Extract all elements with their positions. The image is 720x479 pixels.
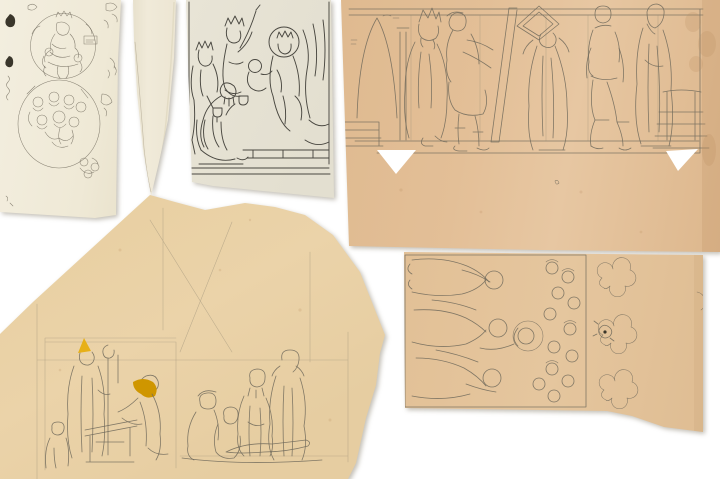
speckle xyxy=(461,419,464,422)
walking-man-figure xyxy=(587,6,632,150)
adoration-magi-drawing xyxy=(183,0,336,202)
crowd-trefoil-fragment xyxy=(402,250,705,434)
architecture-lines xyxy=(345,9,709,153)
two-scene-drawing xyxy=(0,190,390,479)
roundel-sketch-fragment-wrap xyxy=(0,0,125,218)
roundel-sketch-fragment xyxy=(0,0,125,218)
two-scene-torn-fragment xyxy=(0,190,390,479)
crowd-trefoil-drawing xyxy=(402,250,705,434)
beam-carrier-figure xyxy=(447,8,518,151)
pencil-scribbles xyxy=(351,15,559,184)
presentation-scene xyxy=(45,338,176,470)
figures-architecture-drawing xyxy=(341,0,720,253)
crowd-trefoil-fragment-wrap xyxy=(402,250,705,434)
torn-strip-shading xyxy=(130,0,180,200)
adoration-magi-fragment xyxy=(183,0,336,202)
foliage-doodles xyxy=(28,3,117,116)
virgin-and-child xyxy=(247,27,301,131)
frame-lines xyxy=(189,2,329,178)
figures-architecture-fragment-wrap xyxy=(341,0,720,253)
robed-figure-with-tablet xyxy=(517,6,569,150)
gold-highlight-mitre xyxy=(78,338,91,353)
figures-architecture-fragment xyxy=(341,0,720,253)
gold-highlight-shoulder xyxy=(133,379,157,398)
upper-roundel-king-sketch xyxy=(31,11,98,79)
small-insect-sketch xyxy=(593,321,614,341)
two-scene-torn-fragment-wrap xyxy=(0,190,390,479)
standing-king-left xyxy=(191,41,222,154)
adoration-magi-fragment-wrap xyxy=(183,0,336,202)
bench-and-steps xyxy=(191,150,330,174)
kneeling-king xyxy=(201,83,248,160)
trefoil-doodles xyxy=(597,258,705,409)
scan-canvas xyxy=(0,0,720,479)
blank-torn-strip-wrap xyxy=(130,0,180,200)
scene-border xyxy=(405,255,586,407)
mourning-scene xyxy=(182,350,322,463)
small-head-cluster-sketch xyxy=(80,158,99,178)
roundel-sketch-drawing xyxy=(0,0,125,218)
ink-spots xyxy=(5,14,15,100)
edge-darkening xyxy=(694,250,705,434)
lower-oval-group-sketch xyxy=(18,80,100,168)
sideways-crowd-scene xyxy=(408,259,580,402)
blank-torn-strip xyxy=(130,0,180,200)
attendant-drapery-right xyxy=(303,20,329,145)
